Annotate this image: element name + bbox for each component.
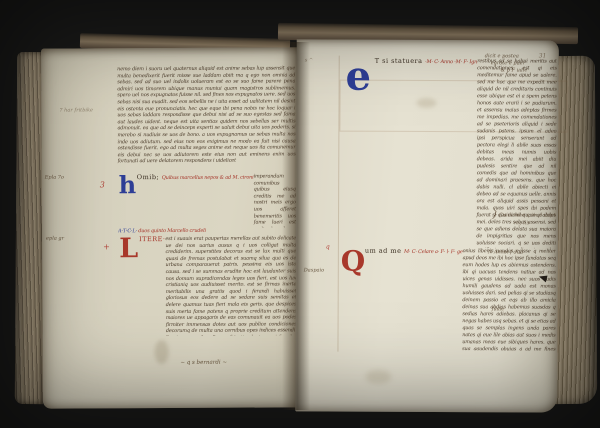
body-text: onius libenis uendas egisse q meliter ap… [462, 248, 556, 350]
right-text-column: eT si statuera ·M· C· Anno ·M· F· Ign re… [340, 58, 556, 351]
rubric-inline: M· C· Celare a· F· l· F· ge [404, 249, 463, 255]
body-text: nemo diem i suoru uel quaternus aliquid … [117, 65, 296, 165]
left-text-block-1: nemo diem i suoru uel quaternus aliquid … [117, 65, 296, 174]
left-page: 7 har fritbike Epla 7o 3 epla gr + nemo … [41, 47, 299, 408]
body-text: est i suauis erat paupertas merellas aut… [165, 235, 296, 336]
left-margin-note-top: 7 har fritbike [59, 107, 93, 113]
red-margin-mark: q [326, 244, 330, 251]
right-margin-note-2: N Annoi f duu [488, 249, 523, 255]
right-margin-note-1a: Cuidamne q im d dupt [499, 212, 556, 218]
red-numeral-mark: 3 [100, 180, 105, 189]
red-cross-mark: + [103, 242, 110, 251]
heading-blue-part: A·T·C·L· [118, 228, 138, 234]
opening-word: T si statuera [375, 58, 425, 65]
left-margin-note-epla70: Epla 7o [45, 175, 64, 181]
illuminated-initial-h: h [118, 174, 137, 198]
opening-word: ITERE· [139, 235, 165, 243]
right-margin-note-1b: my lib [514, 220, 530, 226]
right-page: 31 dicit e postea egrote e puer & p F ua… [295, 39, 559, 412]
quire-marks: s ^ [305, 57, 313, 63]
inner-margin-note: Daspaio [304, 267, 324, 273]
rubric-inline: Quibus marcellus nepos & ad M. cironi [162, 175, 254, 181]
right-margin-note-3: fuale [492, 306, 505, 312]
catchword: ~ q s bernardi ~ [129, 359, 279, 366]
illuminated-initial-e: e [342, 58, 375, 99]
left-text-column: nemo diem i suoru uel quaternus aliquid … [117, 65, 296, 336]
opening-word: um ad me [365, 248, 404, 255]
illuminated-initial-q: Q [341, 248, 365, 278]
body-text: imperandum comunibus quibus eiusq credit… [254, 173, 296, 228]
right-text-block-2: Qum ad me M· C· Celare a· F· l· F· ge on… [340, 248, 555, 351]
illuminated-initial-l: L [118, 236, 139, 264]
left-text-block-2: hOmib; Quibus marcellus nepos & ad M. ci… [118, 173, 296, 228]
rubric-inline: ·M· C· Anno ·M· F· Ign [425, 59, 477, 65]
manuscript-photo: 7 har fritbike Epla 7o 3 epla gr + nemo … [0, 0, 600, 428]
opening-word: Omib; [137, 173, 162, 181]
left-text-block-3: LITERE· est i suauis erat paupertas mere… [118, 235, 297, 336]
parchment-stain [365, 370, 391, 384]
left-margin-note-epla: epla gr [46, 236, 64, 242]
heading-red-part: duos quinto Marcello crudeli [138, 228, 206, 234]
